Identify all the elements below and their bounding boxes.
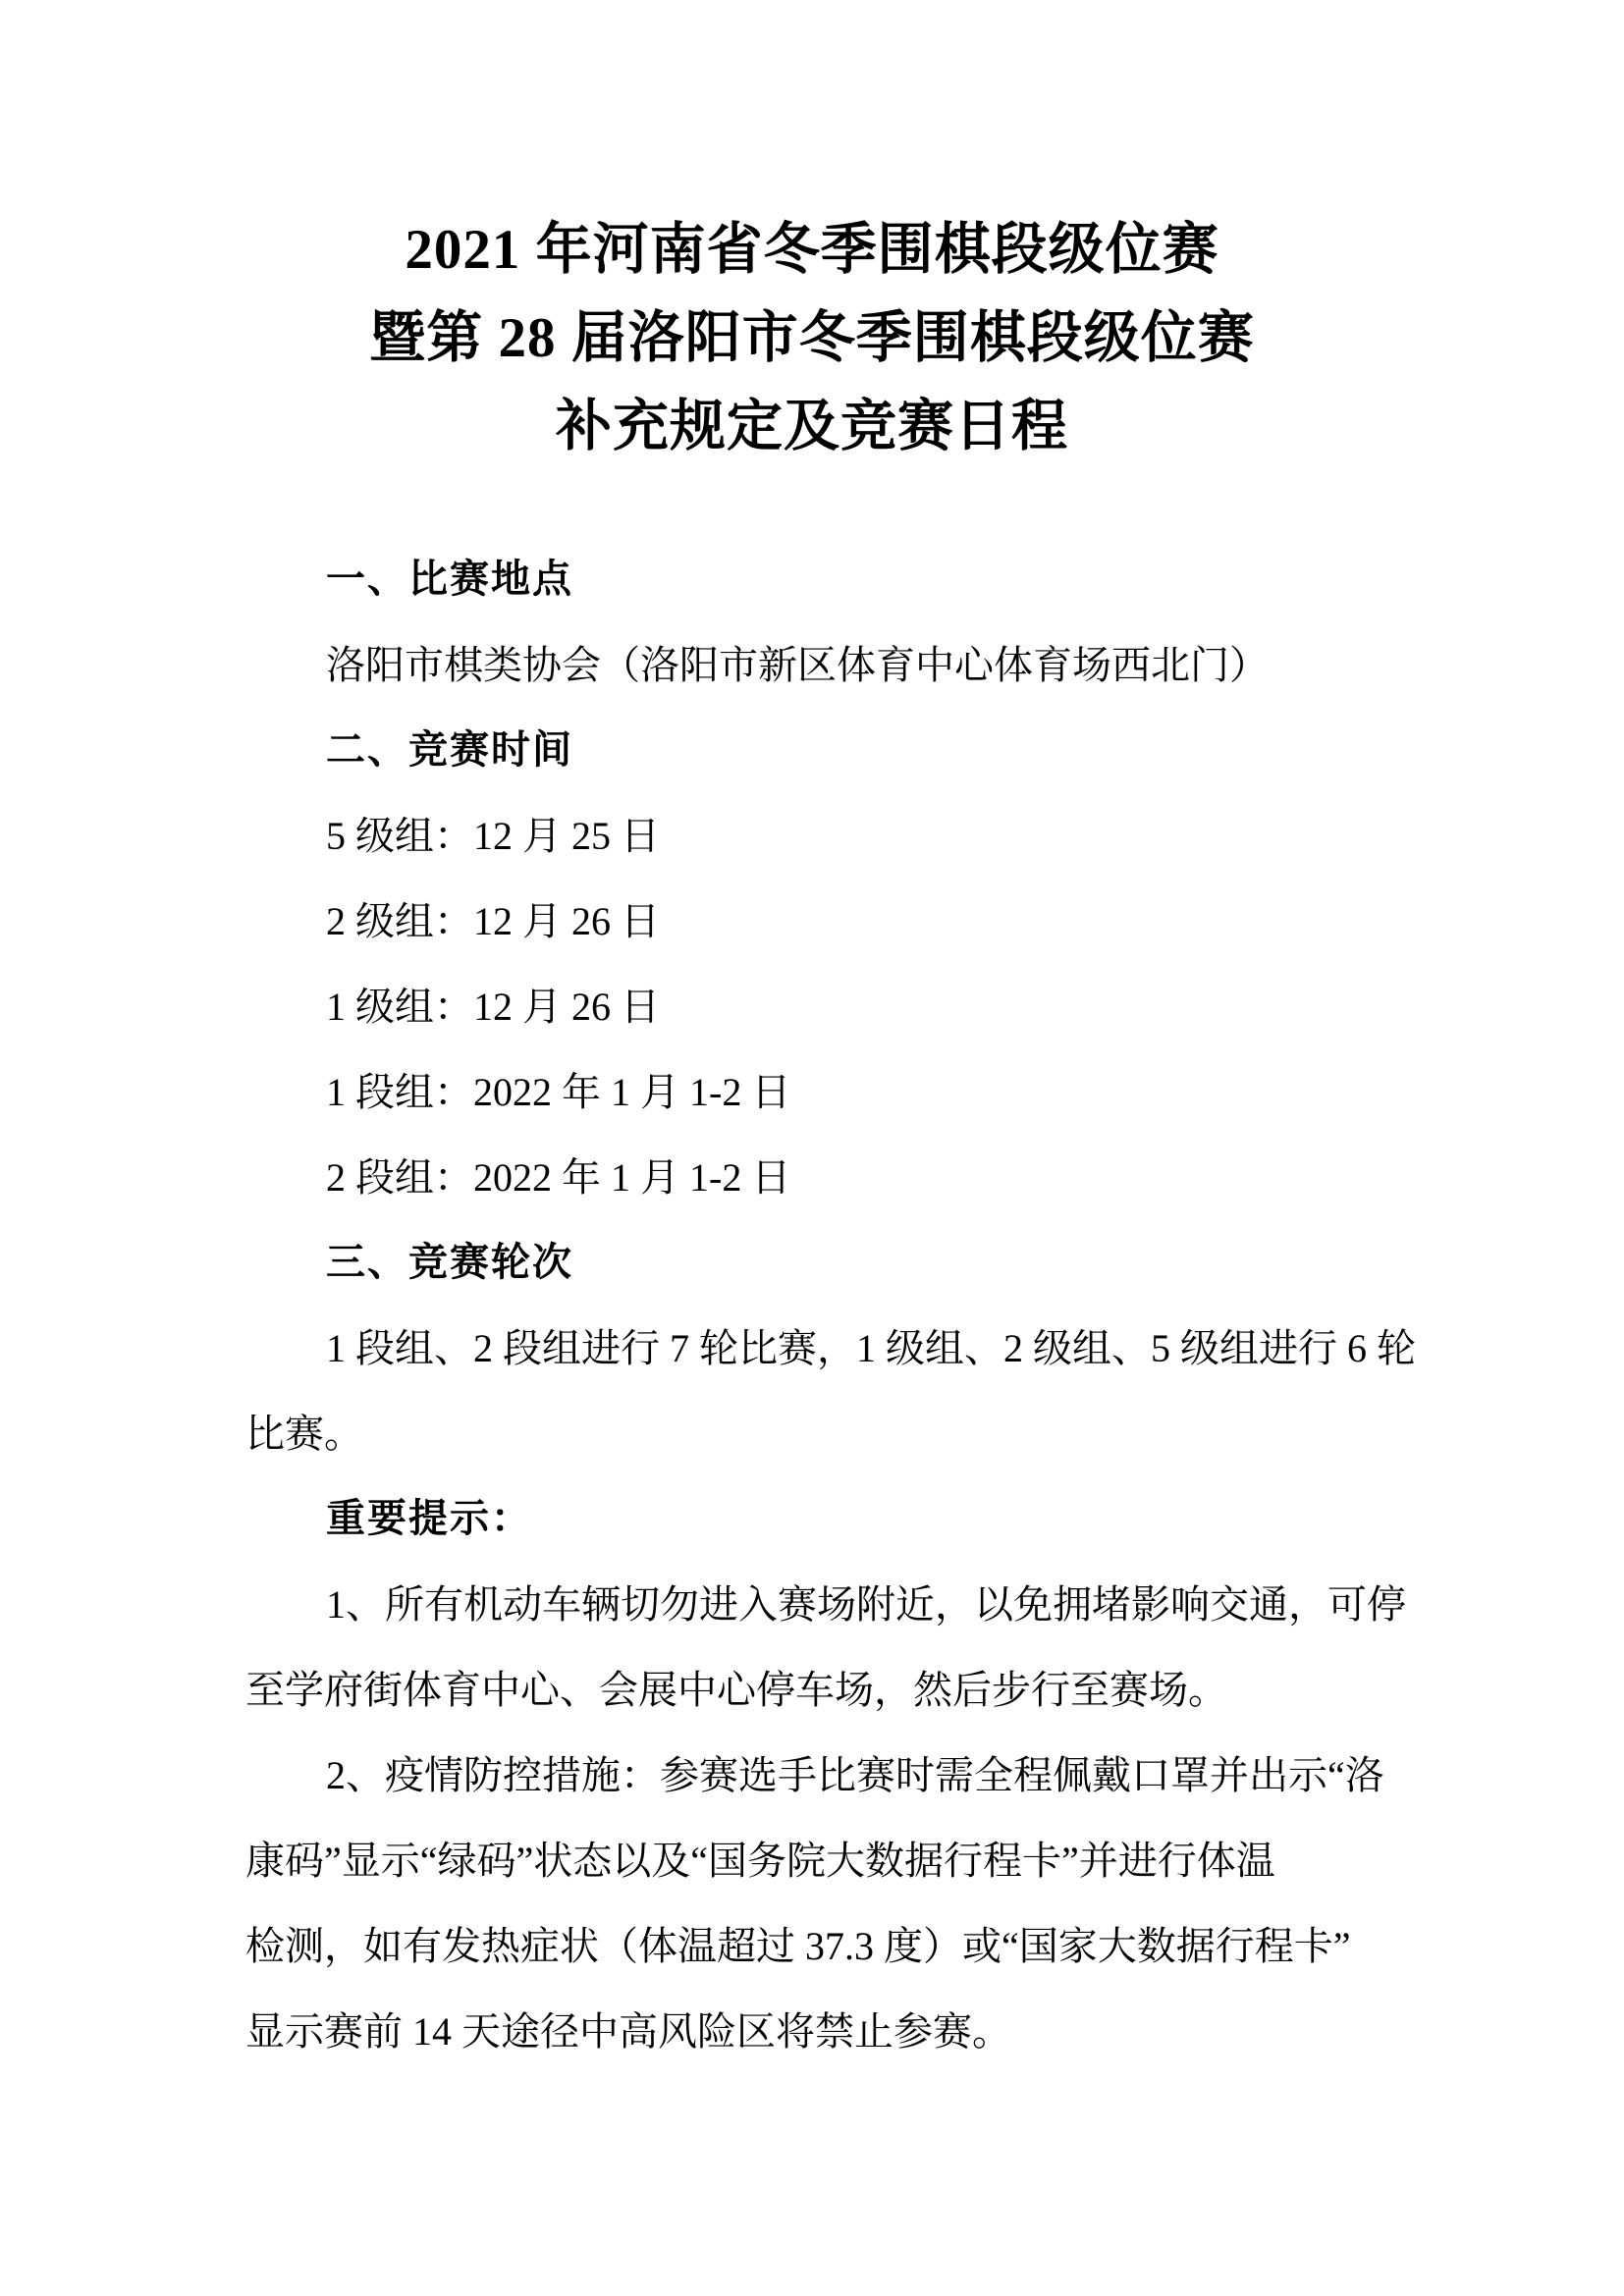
- schedule-line-1kyu: 1 级组：12 月 26 日: [245, 964, 1389, 1049]
- notice-2-line-4: 显示赛前 14 天途径中高风险区将禁止参赛。: [245, 1989, 1389, 2074]
- title-line-1: 2021 年河南省冬季围棋段级位赛: [245, 206, 1379, 294]
- notice-2-line-1: 2、疫情防控措施：参赛选手比赛时需全程佩戴口罩并出示“洛: [245, 1733, 1389, 1818]
- section-1-heading: 一、比赛地点: [245, 537, 1389, 622]
- notice-2-line-2: 康码”显示“绿码”状态以及“国务院大数据行程卡”并进行体温: [245, 1818, 1389, 1903]
- notice-1-line-1: 1、所有机动车辆切勿进入赛场附近，以免拥堵影响交通，可停: [245, 1562, 1389, 1647]
- document-body: 一、比赛地点 洛阳市棋类协会（洛阳市新区体育中心体育场西北门） 二、竞赛时间 5…: [245, 537, 1389, 2074]
- title-line-2: 暨第 28 届洛阳市冬季围棋段级位赛: [245, 294, 1379, 383]
- notice-2-line-3: 检测，如有发热症状（体温超过 37.3 度）或“国家大数据行程卡”: [245, 1903, 1389, 1989]
- schedule-line-5kyu: 5 级组：12 月 25 日: [245, 793, 1389, 879]
- venue-line: 洛阳市棋类协会（洛阳市新区体育中心体育场西北门）: [245, 622, 1389, 708]
- section-2-heading: 二、竞赛时间: [245, 708, 1389, 793]
- title-line-3: 补充规定及竞赛日程: [245, 383, 1379, 471]
- rounds-paragraph-line-2: 比赛。: [245, 1391, 1389, 1476]
- schedule-line-2kyu: 2 级组：12 月 26 日: [245, 879, 1389, 964]
- notice-1-line-2: 至学府街体育中心、会展中心停车场，然后步行至赛场。: [245, 1647, 1389, 1733]
- schedule-line-2dan: 2 段组：2022 年 1 月 1-2 日: [245, 1135, 1389, 1220]
- document-title: 2021 年河南省冬季围棋段级位赛 暨第 28 届洛阳市冬季围棋段级位赛 补充规…: [245, 206, 1379, 471]
- rounds-paragraph-line-1: 1 段组、2 段组进行 7 轮比赛，1 级组、2 级组、5 级组进行 6 轮: [245, 1306, 1389, 1391]
- notice-heading: 重要提示：: [245, 1476, 1389, 1562]
- document-page: 2021 年河南省冬季围棋段级位赛 暨第 28 届洛阳市冬季围棋段级位赛 补充规…: [0, 0, 1624, 2296]
- schedule-line-1dan: 1 段组：2022 年 1 月 1-2 日: [245, 1049, 1389, 1135]
- section-3-heading: 三、竞赛轮次: [245, 1220, 1389, 1306]
